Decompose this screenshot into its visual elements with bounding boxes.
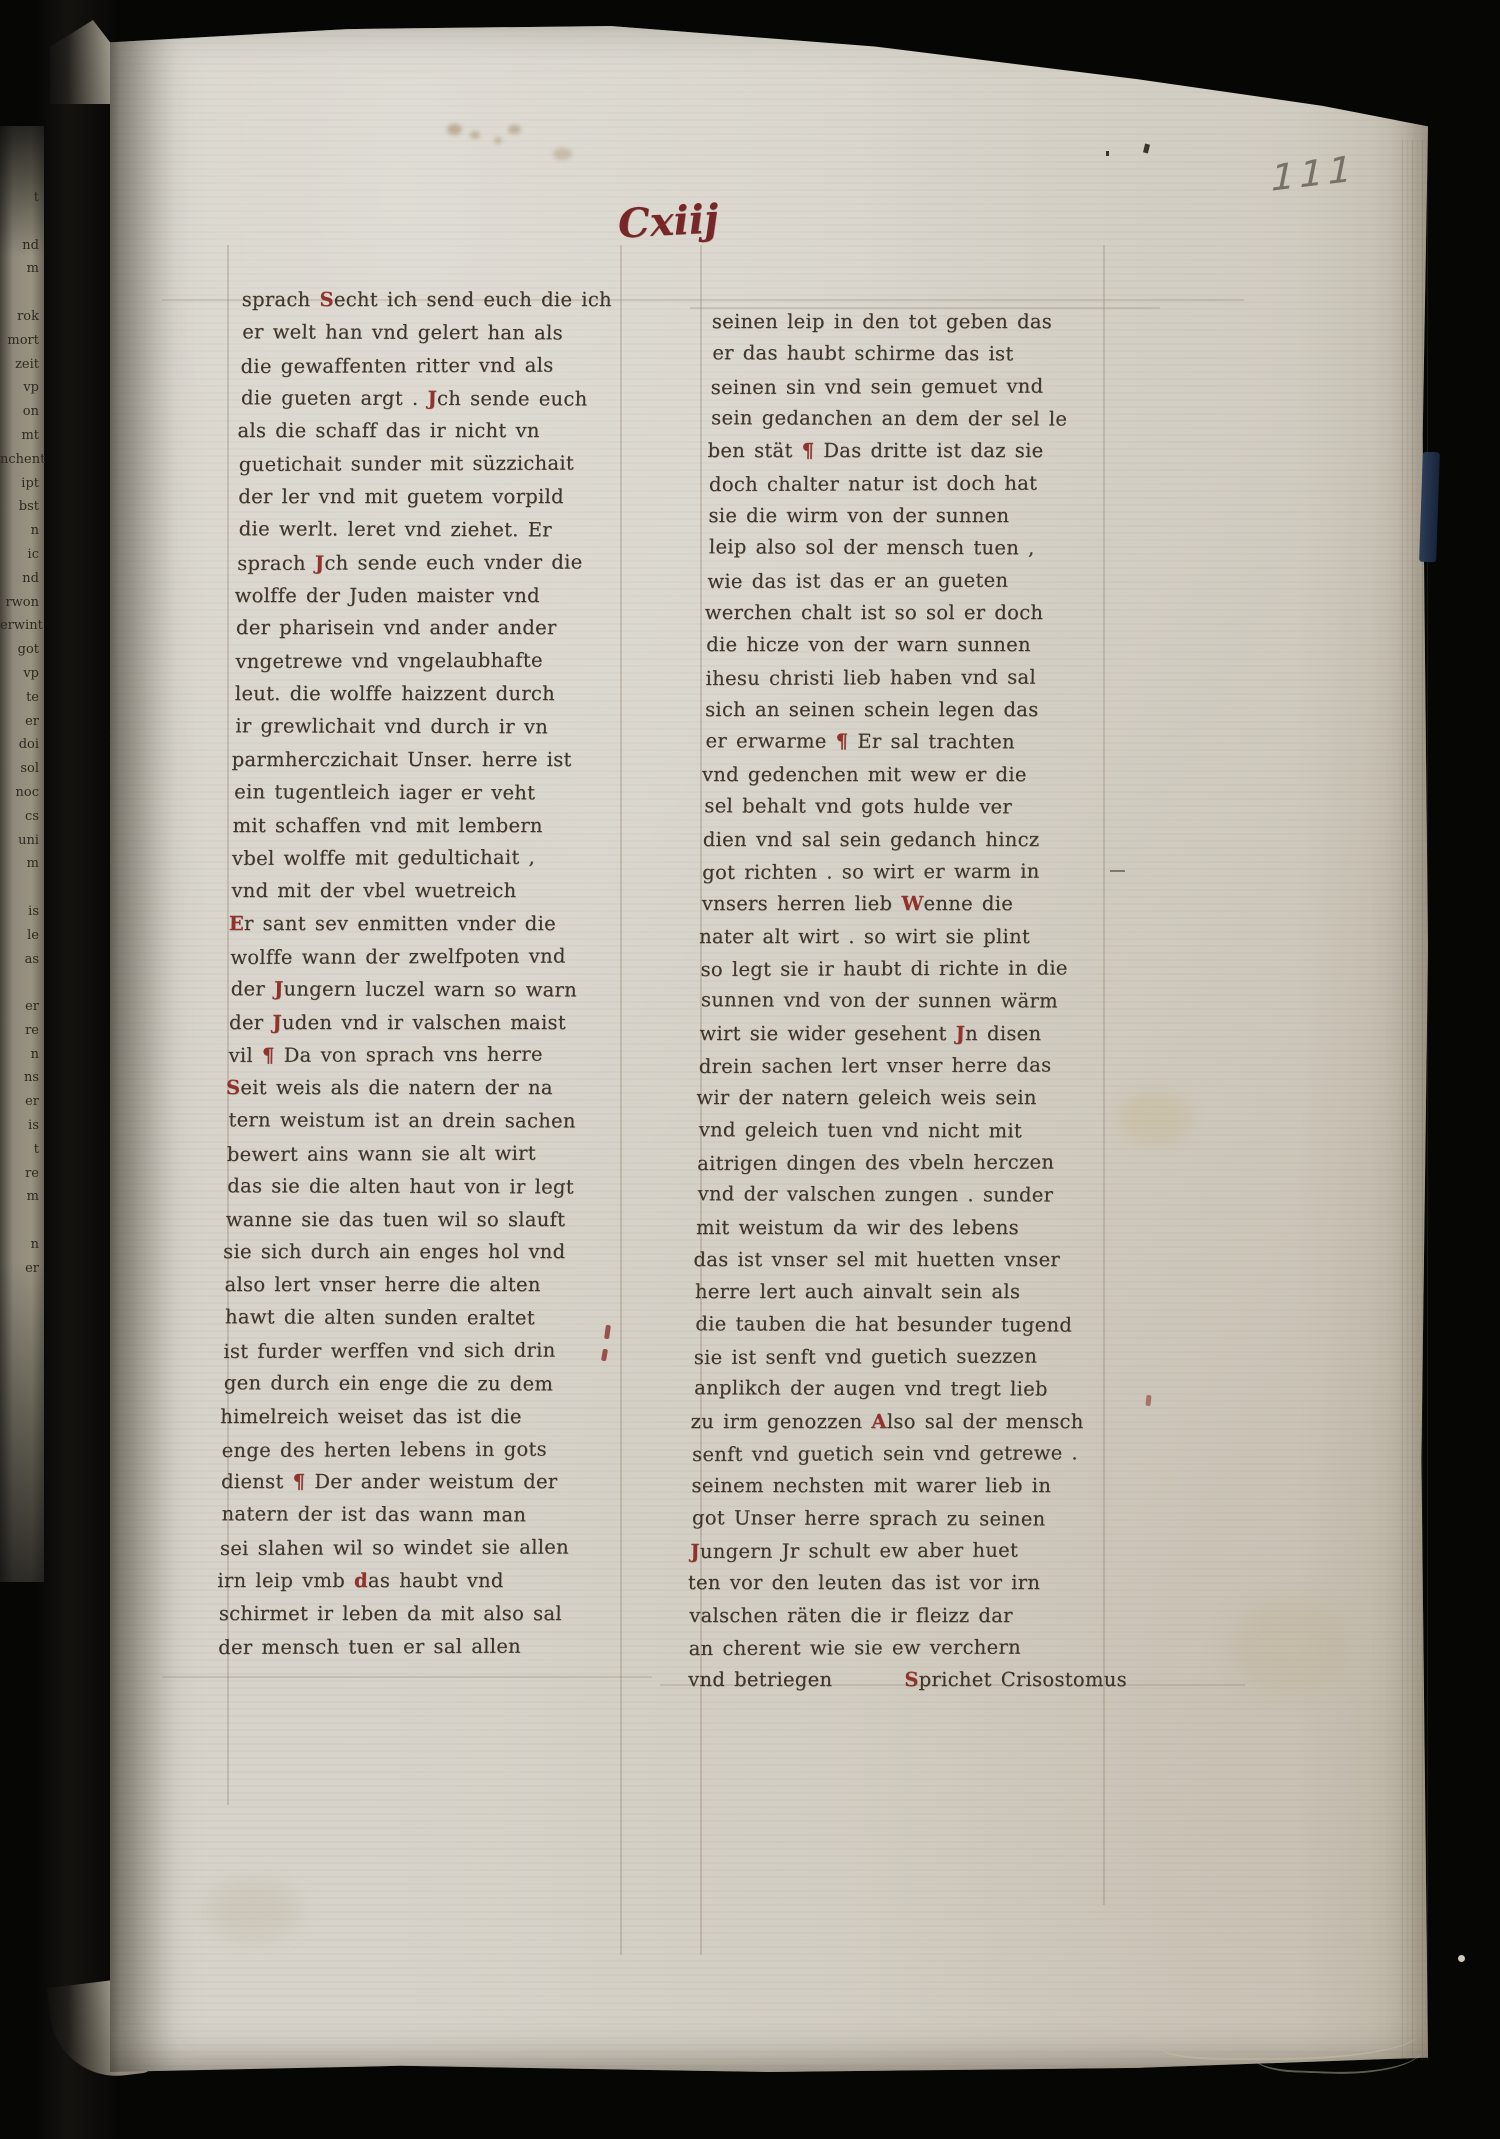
margin-fragment: er (0, 1257, 44, 1281)
text-line: dien vnd sal sein gedanch hincz (703, 824, 1159, 856)
margin-fragment: er (0, 995, 44, 1019)
rubricated-initial: J (274, 977, 284, 1000)
stain (1230, 1600, 1350, 1695)
text-line: der Jungern luczel warn so warn (230, 973, 671, 1007)
margin-fragment: nd (0, 567, 44, 591)
rubricated-initial: J (272, 1011, 282, 1034)
text-line: ein tugentleich iager er veht (234, 776, 675, 810)
text-line: seinem nechsten mit warer lieb in (691, 1470, 1147, 1502)
text-line: vnd geleich tuen vnd nicht mit (698, 1114, 1154, 1148)
stain (205, 1880, 300, 1940)
margin-fragment: n (0, 1233, 44, 1257)
margin-fragment: bst (0, 495, 44, 519)
text-line: wolffe der Juden maister vnd (234, 580, 675, 613)
text-line: drein sachen lert vnser herre das (699, 1049, 1154, 1083)
text-line: enge des herten lebens in gots (221, 1433, 661, 1468)
text-line: wanne sie das tuen wil so slauft (225, 1204, 666, 1237)
text-line: die hicze von der warn sunnen (706, 629, 1162, 661)
text-line: Seit weis als die natern der na (226, 1072, 667, 1105)
margin-fragment: rok (0, 305, 44, 329)
stain (470, 131, 480, 139)
margin-fragment: er (0, 1090, 44, 1114)
rubricated-initial: d (354, 1569, 368, 1592)
text-line: er erwarme ¶ Er sal trachten (705, 726, 1161, 760)
rubricated-initial: ¶ (262, 1044, 275, 1067)
text-line: guetichait sunder mit süzzichait (239, 447, 679, 482)
text-line: parmherczichait Unser. herre ist (231, 744, 672, 777)
margin-fragment: ic (0, 543, 44, 567)
margin-fragment: vp (0, 376, 44, 400)
text-line: wie das ist das er an gueten (707, 564, 1162, 598)
text-line: irn leip vmb das haubt vnd (217, 1565, 658, 1598)
margin-fragment: rwon (0, 591, 44, 615)
rubricated-initial: S (319, 288, 334, 311)
text-line: wirt sie wider gesehent Jn disen (699, 1018, 1155, 1050)
margin-fragment: sol (0, 757, 44, 781)
rubricated-initial: E (229, 912, 245, 935)
margin-fragment: re (0, 1162, 44, 1186)
ink-speck (1106, 151, 1109, 156)
text-line: sein gedanchen an dem der sel le (711, 402, 1167, 436)
fore-edge-page-stack (1398, 140, 1430, 2060)
margin-fragment (0, 876, 44, 900)
text-line: die werlt. leret vnd ziehet. Er (238, 513, 679, 547)
rubricated-initial: ¶ (292, 1470, 305, 1493)
text-line: der ler vnd mit guetem vorpild (238, 481, 679, 514)
text-line: wir der natern geleich weis sein (696, 1082, 1152, 1114)
text-line: dienst ¶ Der ander weistum der (221, 1466, 662, 1499)
margin-fragment: got (0, 638, 44, 662)
text-line: mit weistum da wir des lebens (696, 1212, 1152, 1244)
text-line: gen durch ein enge die zu dem (224, 1367, 665, 1401)
margin-fragment: m (0, 1185, 44, 1209)
text-line: vngetrewe vnd vngelaubhafte (235, 644, 675, 679)
text-line: mit schaffen vnd mit lembern (232, 810, 673, 843)
margin-fragment: as (0, 948, 44, 972)
text-line: schirmet ir leben da mit also sal (219, 1598, 660, 1631)
text-line: ist furder werffen vnd sich drin (223, 1334, 663, 1369)
margin-fragment: t (0, 1138, 44, 1162)
bookmark-edge (1419, 452, 1440, 563)
rubricated-initial: ¶ (801, 439, 814, 462)
margin-fragment: zeit (0, 353, 44, 377)
text-line: er welt han vnd gelert han als (242, 316, 683, 350)
margin-fragment: nchent (0, 448, 44, 472)
rubricated-initial: S (226, 1076, 241, 1099)
margin-fragment: is (0, 1114, 44, 1138)
text-line: leut. die wolffe haizzent durch (235, 678, 676, 711)
margin-fragment: is (0, 900, 44, 924)
text-line: sprach Jch sende euch vnder die (237, 546, 677, 581)
text-line: hawt die alten sunden eraltet (225, 1301, 666, 1335)
margin-fragment (0, 971, 44, 995)
stain (508, 125, 521, 134)
text-line: ir grewlichait vnd durch ir vn (235, 710, 676, 744)
rubricated-initial: A (871, 1410, 887, 1433)
text-line: der mensch tuen er sal allen (218, 1630, 658, 1665)
text-line: vnd betriegen Sprichet Crisostomus (688, 1664, 1144, 1696)
text-line: das ist vnser sel mit huetten vnser (693, 1244, 1149, 1276)
text-line: vbel wolffe mit gedultichait , (232, 841, 672, 876)
margin-fragment: te (0, 686, 44, 710)
facing-page-edge: tndmrokmortzeitvponmtnchentiptbstnicndrw… (0, 126, 44, 1582)
rubricated-initial: S (904, 1668, 919, 1691)
text-line: vnd mit der vbel wuetreich (231, 875, 672, 908)
text-line: aitrigen dingen des vbeln herczen (697, 1146, 1152, 1180)
text-line: vnd der valschen zungen . sunder (697, 1178, 1153, 1212)
text-line: Er sant sev enmitten vnder die (229, 908, 670, 941)
text-line: himelreich weiset das ist die (220, 1401, 661, 1434)
text-line: vnd gedenchen mit wew er die (702, 759, 1158, 791)
margin-fragment (0, 210, 44, 234)
text-line: werchen chalt ist so sol er doch (704, 597, 1160, 629)
text-line: sei slahen wil so windet sie allen (220, 1531, 660, 1566)
page-stack-line (1254, 2019, 1424, 2077)
text-line: sunnen vnd von der sunnen wärm (701, 984, 1157, 1018)
text-line: das sie die alten haut von ir legt (227, 1170, 668, 1204)
text-line: sprach Secht ich send euch die ich (241, 284, 682, 317)
text-line: zu irm genozzen Also sal der mensch (690, 1406, 1146, 1438)
gutter-shadow (36, 0, 120, 2139)
text-line: sie ist senft vnd guetich suezzen (694, 1340, 1149, 1374)
ruling-line-horizontal (162, 1676, 652, 1678)
rubricated-initial: W (901, 892, 924, 915)
text-line: natern der ist das wann man (221, 1498, 662, 1532)
stain (494, 137, 502, 144)
margin-fragment (0, 281, 44, 305)
rubricated-initial: J (690, 1540, 700, 1563)
stain (553, 148, 572, 160)
text-line: ben stät ¶ Das dritte ist daz sie (707, 435, 1163, 467)
margin-fragment: re (0, 1019, 44, 1043)
text-line: die gueten argt . Jch sende euch (241, 382, 682, 416)
text-line: nater alt wirt . so wirt sie plint (699, 921, 1155, 953)
text-line: got richten . so wirt er warm in (702, 855, 1157, 889)
left-column: sprach Secht ich send euch die icher wel… (218, 284, 682, 1663)
margin-fragment (0, 1209, 44, 1233)
margin-fragment: doi (0, 733, 44, 757)
right-column: seinen leip in den tot geben daser das h… (688, 306, 1167, 1697)
margin-fragment: on (0, 400, 44, 424)
text-line: die tauben die hat besunder tugend (695, 1308, 1151, 1342)
margin-fragment: n (0, 1043, 44, 1067)
chapter-heading: Cxiij (617, 195, 720, 247)
text-line: bewert ains wann sie alt wirt (227, 1137, 667, 1172)
text-line: Jungern Jr schult ew aber huet (690, 1534, 1145, 1568)
rubricated-initial: J (427, 386, 437, 409)
text-line: herre lert auch ainvalt sein als (695, 1276, 1151, 1308)
text-line: so legt sie ir haubt di richte in die (700, 952, 1155, 986)
margin-fragment: mt (0, 424, 44, 448)
text-line: tern weistum ist an drein sachen (228, 1104, 669, 1138)
margin-fragment: mort (0, 329, 44, 353)
text-line: der pharisein vnd ander ander (236, 612, 677, 645)
rubricated-initial: ¶ (835, 730, 848, 753)
rubricated-initial: J (315, 551, 325, 574)
text-line: als die schaff das ir nicht vn (237, 415, 678, 448)
text-line: ten vor den leuten das ist vor irn (688, 1567, 1144, 1599)
text-line: sel behalt vnd gots hulde ver (704, 790, 1160, 824)
text-line: an cherent wie sie ew verchern (688, 1631, 1143, 1665)
margin-fragment: erwint (0, 614, 44, 638)
text-line: valschen räten die ir fleizz dar (689, 1600, 1145, 1632)
margin-fragment: vp (0, 662, 44, 686)
text-line: leip also sol der mensch tuen , (709, 532, 1165, 566)
text-line: er das haubt schirme das ist (712, 338, 1168, 372)
text-line: die gewaffenten ritter vnd als (240, 349, 680, 384)
margin-fragment: m (0, 852, 44, 876)
text-line: seinen leip in den tot geben das (712, 306, 1168, 338)
page-edge-speck (1458, 1955, 1465, 1962)
margin-fragment: nd (0, 234, 44, 258)
rubricated-initial: J (955, 1022, 965, 1045)
text-line: also lert vnser herre die alten (224, 1269, 665, 1302)
margin-fragment: noc (0, 781, 44, 805)
margin-fragment: m (0, 257, 44, 281)
text-line: ihesu christi lieb haben vnd sal (705, 661, 1160, 695)
manuscript-photo: tndmrokmortzeitvponmtnchentiptbstnicndrw… (0, 0, 1500, 2139)
text-line: got Unser herre sprach zu seinen (692, 1502, 1148, 1536)
text-line: doch chalter natur ist doch hat (709, 467, 1164, 501)
margin-fragment: t (0, 186, 44, 210)
margin-fragment: uni (0, 829, 44, 853)
text-line: sich an seinen schein legen das (705, 694, 1161, 726)
margin-fragment: cs (0, 805, 44, 829)
margin-fragment: ipt (0, 472, 44, 496)
text-line: der Juden vnd ir valschen maist (229, 1007, 670, 1040)
text-line: vnsers herren lieb Wenne die (701, 888, 1157, 920)
margin-fragment: ns (0, 1066, 44, 1090)
stain (447, 124, 462, 135)
margin-fragment: le (0, 924, 44, 948)
text-line: senft vnd guetich sein vnd getrewe . (692, 1437, 1147, 1471)
text-line: seinen sin vnd sein gemuet vnd (710, 370, 1165, 404)
text-line: sie sich durch ain enges hol vnd (223, 1236, 664, 1269)
margin-fragment: er (0, 710, 44, 734)
margin-fragment: n (0, 519, 44, 543)
text-line: wolffe wann der zwelfpoten vnd (230, 940, 670, 975)
text-line: sie die wirm von der sunnen (708, 500, 1164, 532)
text-line: anplikch der augen vnd tregt lieb (694, 1373, 1150, 1407)
text-line: vil ¶ Da von sprach vns herre (228, 1038, 668, 1073)
